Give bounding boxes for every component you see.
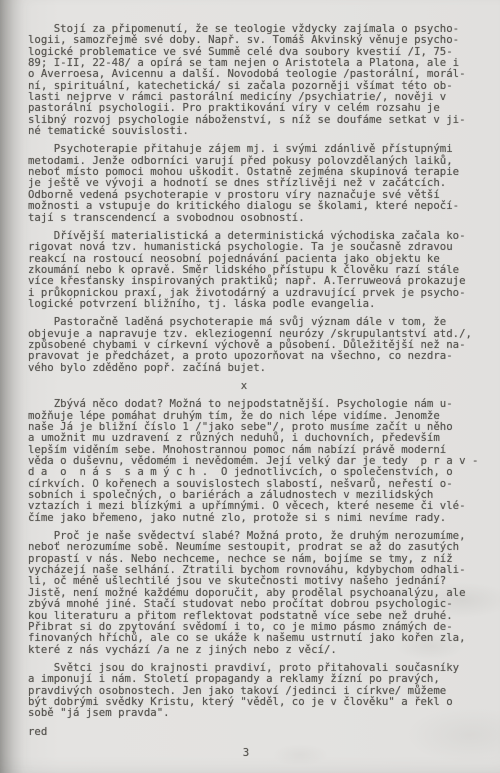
typewritten-text-column: Stojí za připomenutí, že se teologie vžd… xyxy=(28,23,480,758)
text-line: tají s transcendencí a svobodnou osobnos… xyxy=(28,212,480,223)
text-line: možnosti a vstupuje do kritického dialog… xyxy=(28,200,480,211)
text-line: né tematické souvislosti. xyxy=(28,125,480,136)
text-line: které z nás vychází /a ne z jiných nebo … xyxy=(28,644,480,655)
text-line: logii, samozřejmě své doby. Např. sv. To… xyxy=(28,34,480,45)
scanned-document-page: Stojí za připomenutí, že se teologie vžd… xyxy=(0,0,500,773)
text-line: Zbývá něco dodat? Možná to nejpodstatněj… xyxy=(28,398,480,409)
paragraph: Psychoterapie přitahuje zájem mj. i svým… xyxy=(28,143,480,222)
text-line: sobě "já jsem pravda". xyxy=(28,707,480,718)
text-line: pravovat je předcházet, a proto upozorňo… xyxy=(28,350,480,361)
section-separator: x xyxy=(28,380,460,391)
text-line: logické potvrzení bližního, tj. láska po… xyxy=(28,298,480,309)
text-line: finovaných hříchů, ale co se ukáže k naš… xyxy=(28,632,480,643)
editor-signature: red xyxy=(28,726,480,737)
text-line: zbývá mnohé jiné. Stačí studovat nebo pr… xyxy=(28,598,480,609)
paragraph: Stojí za připomenutí, že se teologie vžd… xyxy=(28,23,480,136)
text-line: číme jako břemeno, jako nutné zlo, proto… xyxy=(28,512,480,523)
paragraph: Pastoračně laděná psychoterapie má svůj … xyxy=(28,316,480,373)
paragraph: Světci jsou do krajnosti pravdiví, proto… xyxy=(28,662,480,719)
page-number: 3 xyxy=(28,747,464,758)
paragraph: Proč je naše svědectví slabé? Možná prot… xyxy=(28,530,480,655)
text-line: Pastoračně laděná psychoterapie má svůj … xyxy=(28,316,480,327)
text-line: a imponují i nám. Století propagandy a r… xyxy=(28,673,480,684)
paragraph: Dřívější materialistická a deterministic… xyxy=(28,230,480,309)
text-line: a umožnit mu uzdravení z různých neduhů,… xyxy=(28,432,480,443)
text-line: více křesťansky inspirovaných praktiků; … xyxy=(28,275,480,286)
text-line: rigovat nová tzv. humanistická psycholog… xyxy=(28,241,480,252)
text-line: vého bylo zděděno popř. začíná bujet. xyxy=(28,362,480,373)
paragraph: Zbývá něco dodat? Možná to nejpodstatněj… xyxy=(28,398,480,523)
